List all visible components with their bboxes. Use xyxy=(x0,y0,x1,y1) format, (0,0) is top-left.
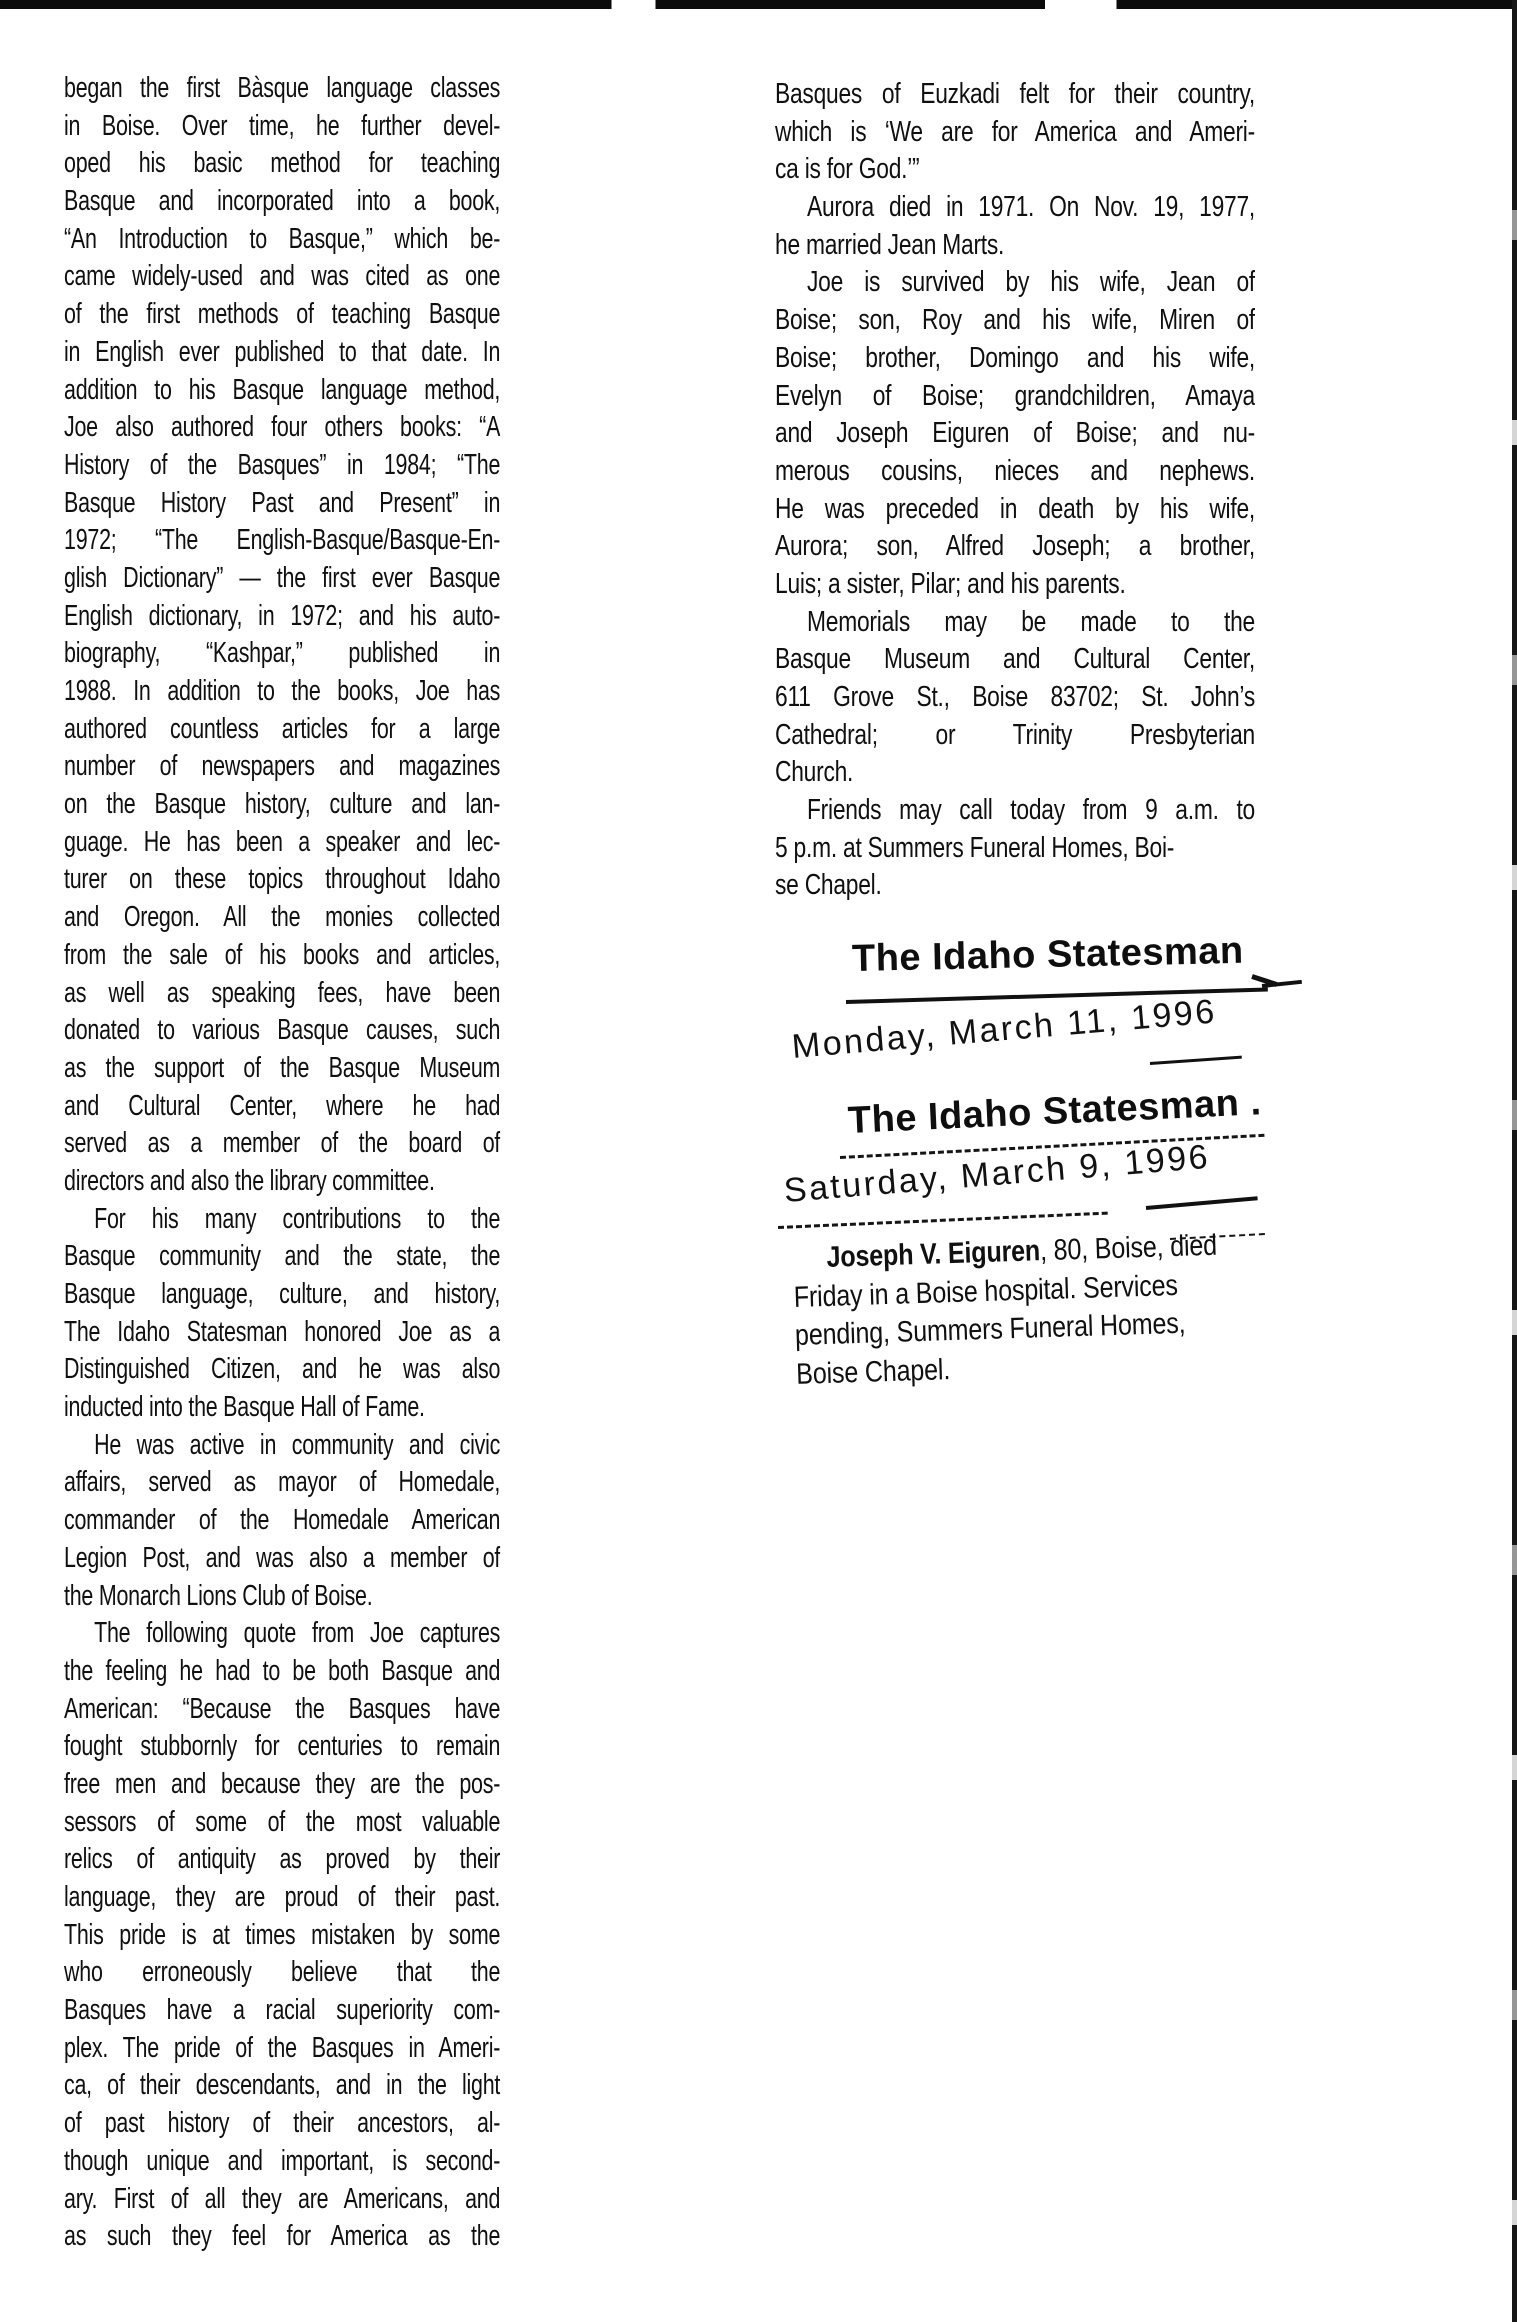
text-line: Basque community and the state, the xyxy=(64,1238,500,1276)
text-line: Luis; a sister, Pilar; and his parents. xyxy=(775,566,1255,604)
text-line: inducted into the Basque Hall of Fame. xyxy=(64,1389,500,1427)
text-line: commander of the Homedale American xyxy=(64,1502,500,1540)
dateline-dashed-underline xyxy=(778,1212,1108,1229)
text-line: 611 Grove St., Boise 83702; St. John’s xyxy=(775,679,1255,717)
text-line: “An Introduction to Basque,” which be- xyxy=(64,221,500,259)
text-line: served as a member of the board of xyxy=(64,1125,500,1163)
text-line: ca is for God.’” xyxy=(775,151,1255,189)
text-line: The following quote from Joe captures xyxy=(64,1615,500,1653)
text-line: This pride is at times mistaken by some xyxy=(64,1917,500,1955)
text-line: ary. First of all they are Americans, an… xyxy=(64,2181,500,2219)
text-line: Joe also authored four others books: “A xyxy=(64,409,500,447)
text-line: of past history of their ancestors, al- xyxy=(64,2105,500,2143)
text-line: as the support of the Basque Museum xyxy=(64,1050,500,1088)
text-line: affairs, served as mayor of Homedale, xyxy=(64,1464,500,1502)
text-line: addition to his Basque language method, xyxy=(64,372,500,410)
text-line: He was preceded in death by his wife, xyxy=(775,491,1255,529)
right-column: Basques of Euzkadi felt for their countr… xyxy=(775,76,1255,905)
text-line: merous cousins, nieces and nephews. xyxy=(775,453,1255,491)
text-line: Aurora died in 1971. On Nov. 19, 1977, xyxy=(775,189,1255,227)
text-line: though unique and important, is second- xyxy=(64,2143,500,2181)
text-line: 1972; “The English-Basque/Basque-En- xyxy=(64,522,500,560)
text-line: Aurora; son, Alfred Joseph; a brother, xyxy=(775,528,1255,566)
text-line: relics of antiquity as proved by their xyxy=(64,1841,500,1879)
masthead-idaho-statesman-saturday: The Idaho Statesman . xyxy=(847,1081,1262,1143)
text-line: ca, of their descendants, and in the lig… xyxy=(64,2067,500,2105)
text-line: Friends may call today from 9 a.m. to xyxy=(775,792,1255,830)
text-line: Boise; son, Roy and his wife, Miren of xyxy=(775,302,1255,340)
masthead-idaho-statesman-monday: The Idaho Statesman xyxy=(852,930,1245,981)
text-line: For his many contributions to the xyxy=(64,1201,500,1239)
text-line: on the Basque history, culture and lan- xyxy=(64,786,500,824)
text-line: in Boise. Over time, he further devel- xyxy=(64,108,500,146)
text-line: which is ‘We are for America and Ameri- xyxy=(775,114,1255,152)
text-line: English dictionary, in 1972; and his aut… xyxy=(64,598,500,636)
text-line: se Chapel. xyxy=(775,867,1255,905)
text-line: free men and because they are the pos- xyxy=(64,1766,500,1804)
text-line: American: “Because the Basques have xyxy=(64,1691,500,1729)
text-line: began the first Bàsque language classes xyxy=(64,70,500,108)
text-line: Basque and incorporated into a book, xyxy=(64,183,500,221)
text-line: as such they feel for America as the xyxy=(64,2218,500,2256)
text-line: the feeling he had to be both Basque and xyxy=(64,1653,500,1691)
text-line: plex. The pride of the Basques in Ameri- xyxy=(64,2030,500,2068)
text-line: as well as speaking fees, have been xyxy=(64,975,500,1013)
text-line: and Cultural Center, where he had xyxy=(64,1088,500,1126)
dateline-underline xyxy=(1150,1056,1242,1065)
text-line: language, they are proud of their past. xyxy=(64,1879,500,1917)
text-line: Boise; brother, Domingo and his wife, xyxy=(775,340,1255,378)
text-line: Memorials may be made to the xyxy=(775,604,1255,642)
left-column: began the first Bàsque language classesi… xyxy=(64,70,500,2256)
scanned-obituary-page: { "colors": { "paper": "#ffffff", "ink":… xyxy=(0,0,1517,2322)
text-line: 1988. In addition to the books, Joe has xyxy=(64,673,500,711)
text-line: sessors of some of the most valuable xyxy=(64,1804,500,1842)
text-line: biography, “Kashpar,” published in xyxy=(64,635,500,673)
death-notice-text: , 80, Boise, died xyxy=(1040,1229,1218,1268)
text-line: donated to various Basque causes, such xyxy=(64,1012,500,1050)
scan-right-edge xyxy=(1512,0,1517,2322)
text-line: of the first methods of teaching Basque xyxy=(64,296,500,334)
text-line: Joe is survived by his wife, Jean of xyxy=(775,264,1255,302)
text-line: Basque Museum and Cultural Center, xyxy=(775,641,1255,679)
text-line: Evelyn of Boise; grandchildren, Amaya xyxy=(775,378,1255,416)
text-line: from the sale of his books and articles, xyxy=(64,937,500,975)
text-line: Basque History Past and Present” in xyxy=(64,485,500,523)
text-line: and Joseph Eiguren of Boise; and nu- xyxy=(775,415,1255,453)
text-line: He was active in community and civic xyxy=(64,1427,500,1465)
dateline-underline xyxy=(1146,1196,1258,1210)
text-line: authored countless articles for a large xyxy=(64,711,500,749)
death-notice-lines: Friday in a Boise hospital. Servicespend… xyxy=(793,1264,1255,1394)
text-line: fought stubbornly for centuries to remai… xyxy=(64,1728,500,1766)
text-line: glish Dictionary” — the first ever Basqu… xyxy=(64,560,500,598)
text-line: Church. xyxy=(775,754,1255,792)
text-line: directors and also the library committee… xyxy=(64,1163,500,1201)
scan-top-edge xyxy=(0,0,1517,9)
text-line: The Idaho Statesman honored Joe as a xyxy=(64,1314,500,1352)
text-line: who erroneously believe that the xyxy=(64,1954,500,1992)
text-line: he married Jean Marts. xyxy=(775,227,1255,265)
text-line: turer on these topics throughout Idaho xyxy=(64,861,500,899)
text-line: History of the Basques” in 1984; “The xyxy=(64,447,500,485)
text-line: number of newspapers and magazines xyxy=(64,748,500,786)
text-line: oped his basic method for teaching xyxy=(64,145,500,183)
text-line: Basque language, culture, and history, xyxy=(64,1276,500,1314)
death-notice: Joseph V. Eiguren, 80, Boise, died Frida… xyxy=(792,1226,1256,1394)
text-line: Cathedral; or Trinity Presbyterian xyxy=(775,717,1255,755)
text-line: 5 p.m. at Summers Funeral Homes, Boi- xyxy=(775,830,1255,868)
text-line: Basques of Euzkadi felt for their countr… xyxy=(775,76,1255,114)
text-line: Basques have a racial superiority com- xyxy=(64,1992,500,2030)
text-line: and Oregon. All the monies collected xyxy=(64,899,500,937)
text-line: came widely-used and was cited as one xyxy=(64,258,500,296)
text-line: Legion Post, and was also a member of xyxy=(64,1540,500,1578)
deceased-name: Joseph V. Eiguren xyxy=(826,1234,1041,1274)
text-line: the Monarch Lions Club of Boise. xyxy=(64,1578,500,1616)
text-line: Distinguished Citizen, and he was also xyxy=(64,1351,500,1389)
text-line: in English ever published to that date. … xyxy=(64,334,500,372)
text-line: guage. He has been a speaker and lec- xyxy=(64,824,500,862)
